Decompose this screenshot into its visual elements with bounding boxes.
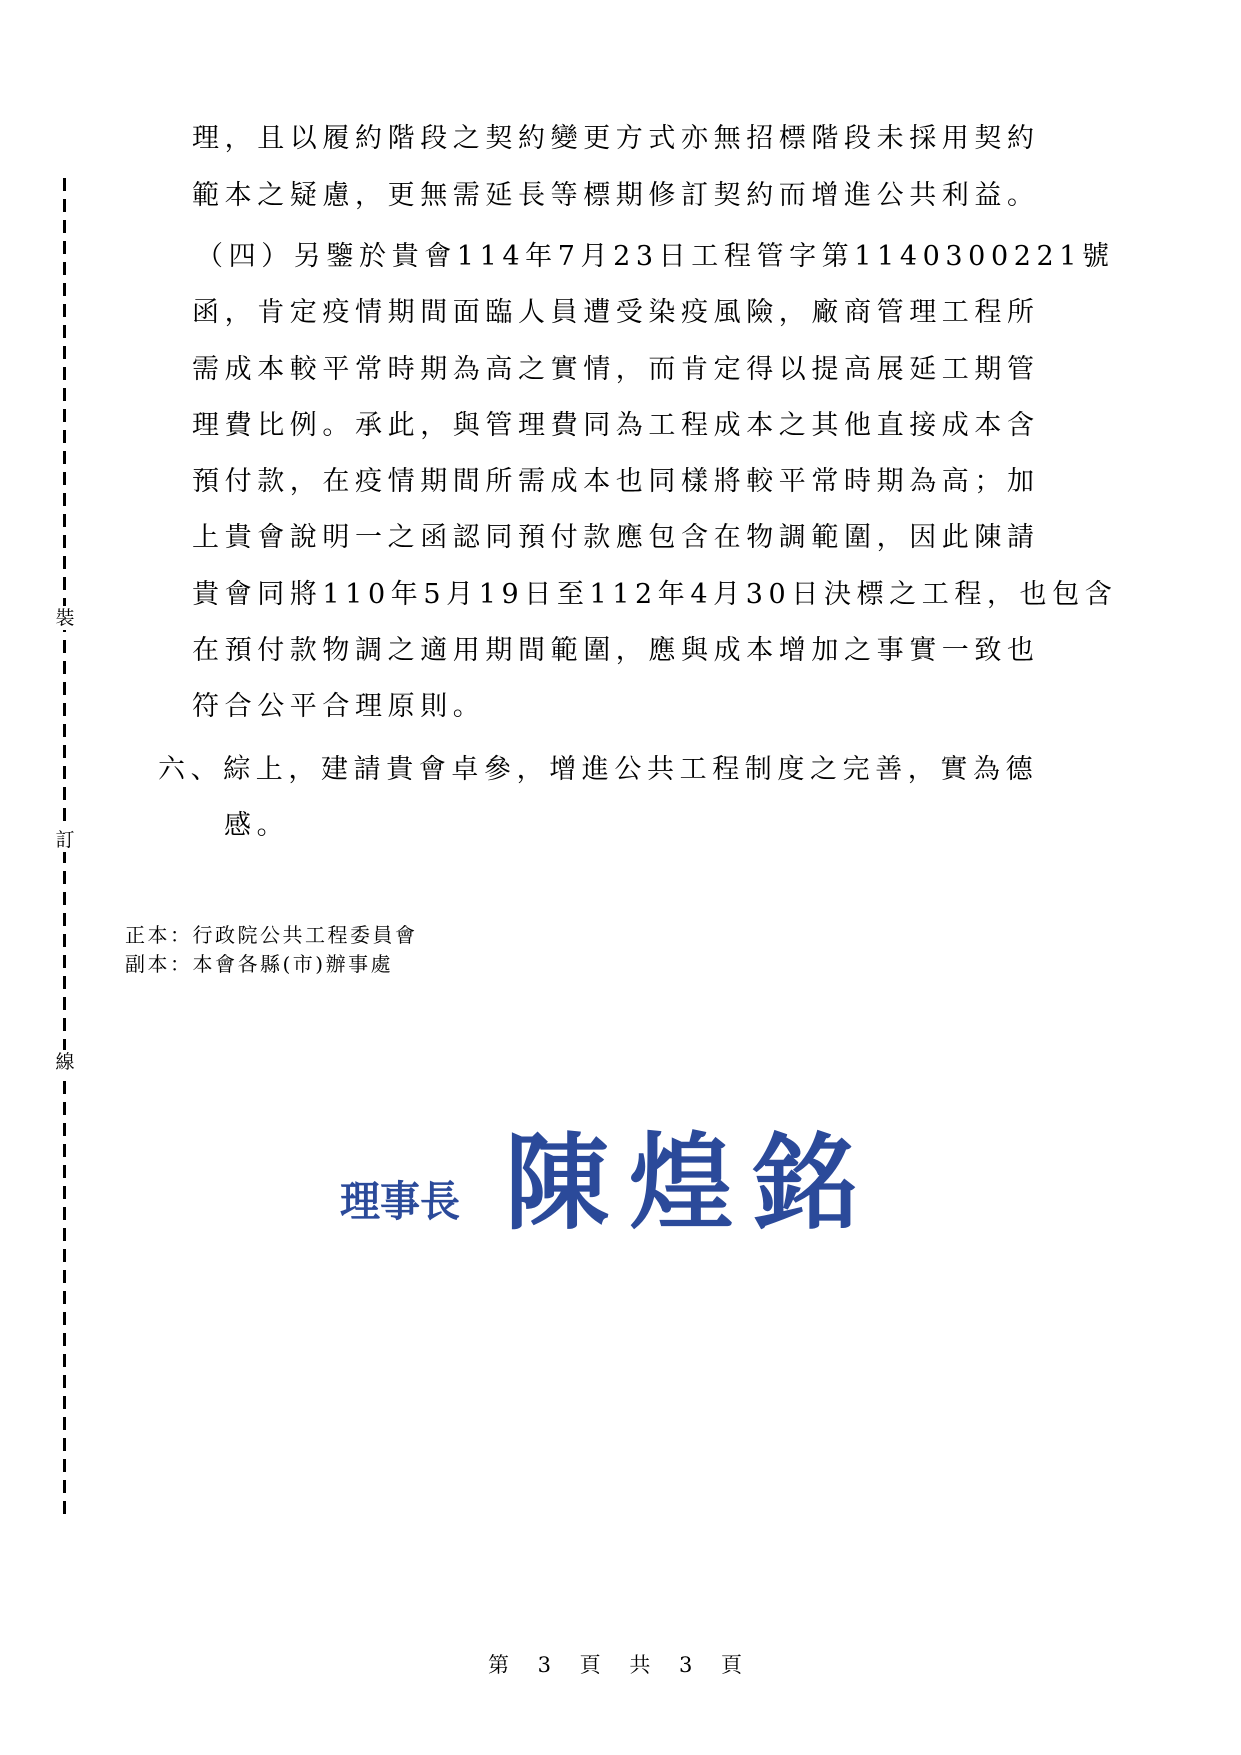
body-line: 函，肯定疫情期間面臨人員遭受染疫風險，廠商管理工程所 <box>192 296 1040 330</box>
body-line: （四）另鑒於貴會114年7月23日工程管字第1140300221號 <box>196 240 1115 274</box>
body-line: 在預付款物調之適用期間範圍，應與成本增加之事實一致也 <box>192 634 1040 668</box>
binding-label-xian: 線 <box>54 1050 76 1074</box>
body-line: 貴會同將110年5月19日至112年4月30日決標之工程，也包含 <box>192 578 1117 612</box>
body-line: 範本之疑慮，更無需延長等標期修訂契約而增進公共利益。 <box>192 179 1040 213</box>
body-line: 理，且以履約階段之契約變更方式亦無招標階段未採用契約 <box>192 122 1040 156</box>
signature-title: 理事長 <box>340 1169 460 1229</box>
signature-name: 陳煌銘 <box>505 1118 877 1248</box>
body-line: 理費比例。承此，與管理費同為工程成本之其他直接成本含 <box>192 409 1040 443</box>
body-line: 需成本較平常時期為高之實情，而肯定得以提高展延工期管 <box>192 353 1040 387</box>
binding-label-ding: 訂 <box>54 828 76 852</box>
page-number: 第 3 頁 共 3 頁 <box>0 1649 1241 1679</box>
binding-label-zhuang: 裝 <box>54 606 76 630</box>
body-line: 符合公平合理原則。 <box>192 690 485 724</box>
body-line: 上貴會說明一之函認同預付款應包含在物調範圍，因此陳請 <box>192 521 1040 555</box>
section-six-continuation: 感。 <box>224 809 289 843</box>
distribution-original: 正本：行政院公共工程委員會 <box>125 922 418 948</box>
distribution-copy: 副本：本會各縣(市)辦事處 <box>125 951 393 977</box>
section-six-line: 六、綜上，建請貴會卓參，增進公共工程制度之完善，實為德 <box>158 753 1038 787</box>
body-line: 預付款，在疫情期間所需成本也同樣將較平常時期為高；加 <box>192 465 1040 499</box>
